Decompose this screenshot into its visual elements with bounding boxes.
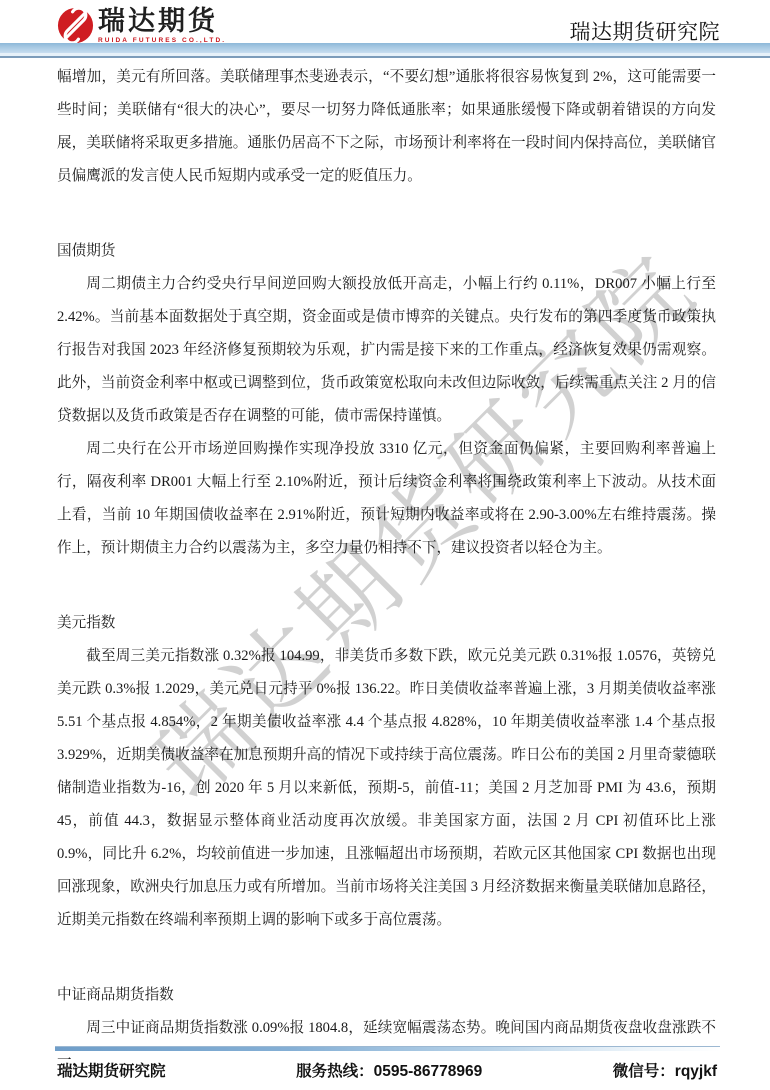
footer-wechat: 微信号：rqyjkf xyxy=(613,1059,717,1081)
report-page: 瑞达期货 RUIDA FUTURES CO.,LTD. 瑞达期货研究院 瑞达期货… xyxy=(0,0,770,1090)
brand-name-cn: 瑞达期货 xyxy=(98,6,226,36)
paragraph: 周二央行在公开市场逆回购操作实现净投放 3310 亿元，但资金面仍偏紧，主要回购… xyxy=(57,433,716,565)
header-divider-bar xyxy=(0,43,770,58)
footer-divider-line xyxy=(55,1046,720,1051)
document-body: 幅增加，美元有所回落。美联储理事杰斐逊表示，“不要幻想”通胀将很容易恢复到 2%… xyxy=(57,61,716,1078)
header-title: 瑞达期货研究院 xyxy=(570,16,721,46)
company-logo: 瑞达期货 RUIDA FUTURES CO.,LTD. xyxy=(56,6,226,45)
footer-hotline: 服务热线：0595-86778969 xyxy=(296,1059,482,1081)
paragraph: 截至周三美元指数涨 0.32%报 104.99，非美货币多数下跌，欧元兑美元跌 … xyxy=(57,640,716,937)
footer: 瑞达期货研究院 服务热线：0595-86778969 微信号：rqyjkf xyxy=(57,1059,717,1081)
footer-org: 瑞达期货研究院 xyxy=(57,1059,166,1081)
header-bar-gradient xyxy=(0,43,770,53)
paragraph-intro: 幅增加，美元有所回落。美联储理事杰斐逊表示，“不要幻想”通胀将很容易恢复到 2%… xyxy=(57,61,716,193)
section-heading-csi-commodity-index: 中证商品期货指数 xyxy=(57,979,716,1012)
header-bar-dark-line xyxy=(0,56,770,58)
section-heading-usd-index: 美元指数 xyxy=(57,607,716,640)
brand-text-block: 瑞达期货 RUIDA FUTURES CO.,LTD. xyxy=(98,6,226,44)
section-heading-treasury-futures: 国债期货 xyxy=(57,235,716,268)
ruida-swirl-logo-icon xyxy=(56,6,95,45)
paragraph: 周二期债主力合约受央行早间逆回购大额投放低开高走，小幅上行约 0.11%，DR0… xyxy=(57,268,716,433)
